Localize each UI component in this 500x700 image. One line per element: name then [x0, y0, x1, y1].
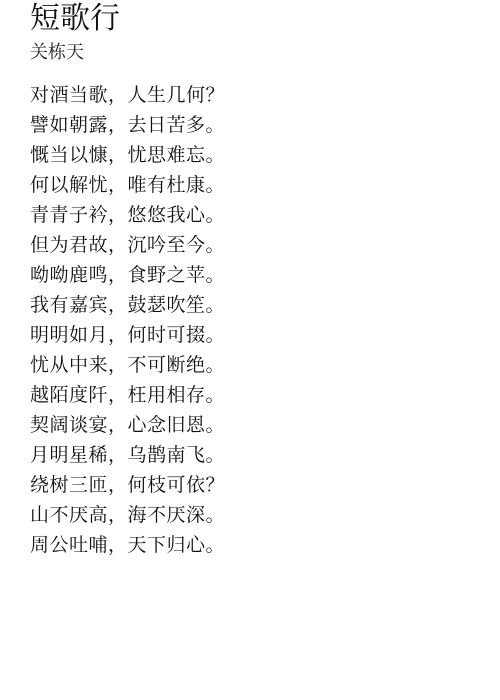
poem-line: 譬如朝露，去日苦多。: [30, 110, 225, 140]
poem-line: 我有嘉宾，鼓瑟吹笙。: [30, 290, 225, 320]
poem-line: 越陌度阡，枉用相存。: [30, 380, 225, 410]
poem-line: 山不厌高，海不厌深。: [30, 500, 225, 530]
poem-line: 但为君故，沉吟至今。: [30, 230, 225, 260]
poem-line: 呦呦鹿鸣，食野之苹。: [30, 260, 225, 290]
poem-line: 慨当以慷，忧思难忘。: [30, 140, 225, 170]
poem-line: 月明星稀，乌鹊南飞。: [30, 440, 225, 470]
poem-line: 青青子衿，悠悠我心。: [30, 200, 225, 230]
poem-line: 周公吐哺，天下归心。: [30, 530, 225, 560]
poem-line: 何以解忧，唯有杜康。: [30, 170, 225, 200]
poem-line: 忧从中来，不可断绝。: [30, 350, 225, 380]
poem-author: 关栋天: [30, 41, 84, 65]
poem-line: 明明如月，何时可掇。: [30, 320, 225, 350]
poem-line: 契阔谈宴，心念旧恩。: [30, 410, 225, 440]
poem-body: 对酒当歌，人生几何？ 譬如朝露，去日苦多。 慨当以慷，忧思难忘。 何以解忧，唯有…: [30, 80, 225, 560]
poem-line: 绕树三匝，何枝可依？: [30, 470, 225, 500]
poem-line: 对酒当歌，人生几何？: [30, 80, 225, 110]
poem-title: 短歌行: [30, 0, 120, 38]
